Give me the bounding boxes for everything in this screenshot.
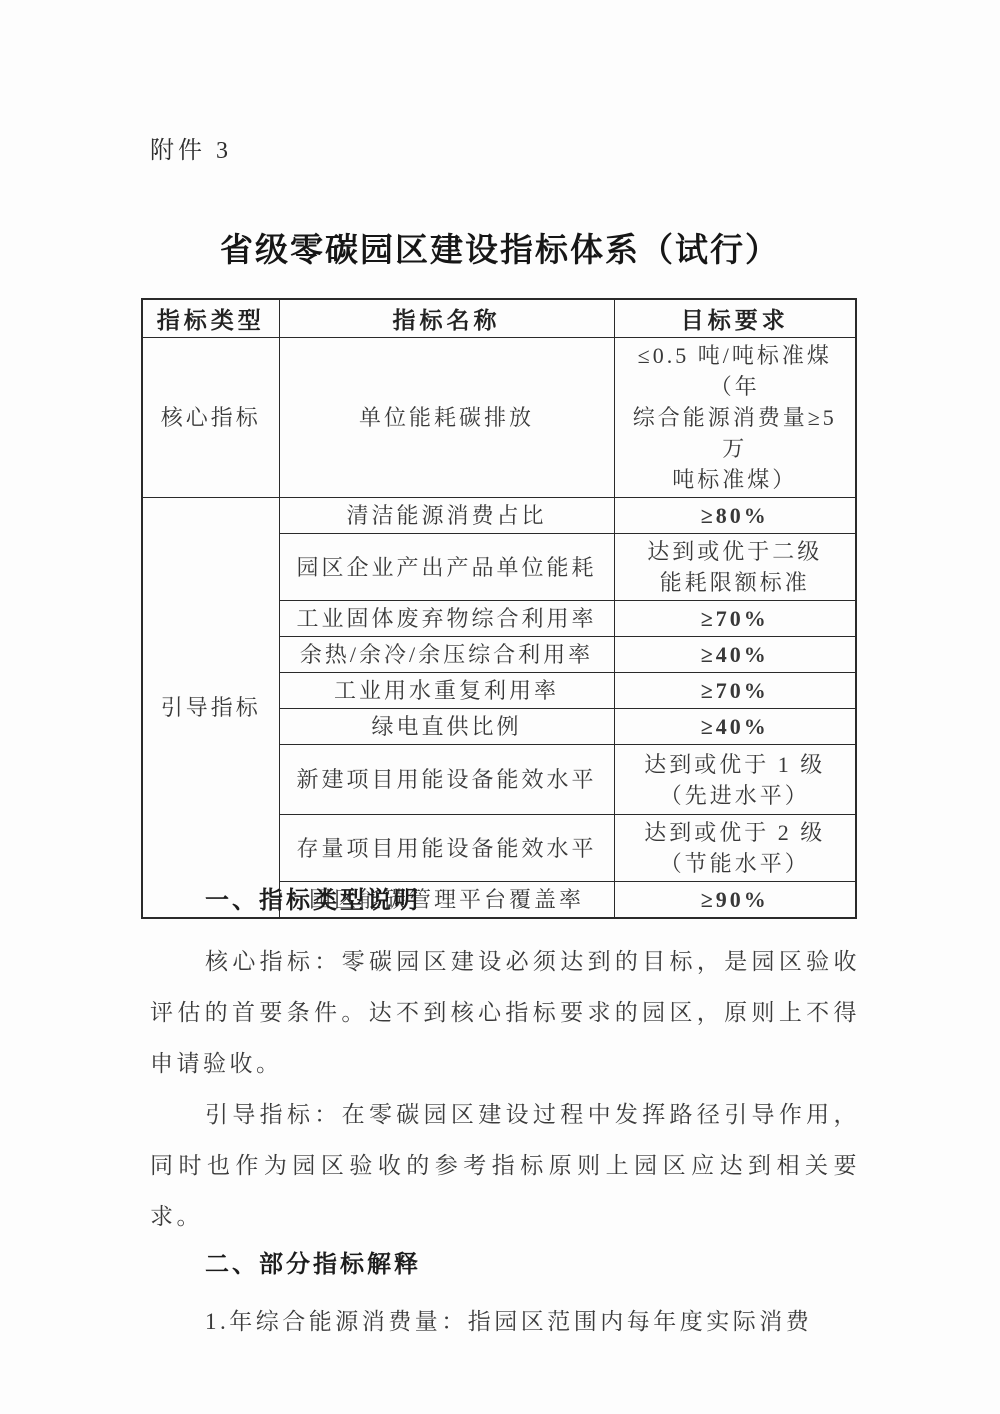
paragraph-core-indicator: 核心指标：零碳园区建设必须达到的目标，是园区验收评估的首要条件。达不到核心指标要…	[150, 936, 860, 1089]
indicator-name: 绿电直供比例	[279, 709, 614, 745]
indicator-name: 清洁能源消费占比	[279, 498, 614, 534]
type-cell-core: 核心指标	[142, 338, 279, 498]
paragraph-annual-energy-consumption: 1.年综合能源消费量：指园区范围内每年度实际消费	[150, 1296, 860, 1347]
type-cell-guide: 引导指标	[142, 498, 279, 919]
column-header-name: 指标名称	[279, 299, 614, 338]
page-title: 省级零碳园区建设指标体系（试行）	[0, 224, 1000, 271]
indicator-target: ≤0.5 吨/吨标准煤（年 综合能源消费量≥5 万 吨标准煤）	[614, 338, 856, 498]
indicator-target: 达到或优于 2 级 （节能水平）	[614, 815, 856, 882]
indicator-name: 工业固体废弃物综合利用率	[279, 601, 614, 637]
indicator-target: ≥80%	[614, 498, 856, 534]
table-row: 引导指标 清洁能源消费占比 ≥80%	[142, 498, 856, 534]
section-heading-indicator-explanations: 二、部分指标解释	[150, 1248, 860, 1282]
column-header-type: 指标类型	[142, 299, 279, 338]
indicator-target: ≥40%	[614, 637, 856, 673]
attachment-label: 附件 3	[150, 130, 232, 165]
indicator-target: 达到或优于 1 级 （先进水平）	[614, 745, 856, 815]
table-row: 核心指标 单位能耗碳排放 ≤0.5 吨/吨标准煤（年 综合能源消费量≥5 万 吨…	[142, 338, 856, 498]
indicator-target: ≥70%	[614, 601, 856, 637]
indicator-name: 单位能耗碳排放	[279, 338, 614, 498]
document-page: 附件 3 省级零碳园区建设指标体系（试行） 指标类型 指标名称 目标要求 核心指…	[0, 0, 1000, 1414]
indicator-name: 新建项目用能设备能效水平	[279, 745, 614, 815]
column-header-target: 目标要求	[614, 299, 856, 338]
indicator-name: 余热/余冷/余压综合利用率	[279, 637, 614, 673]
paragraph-guide-indicator: 引导指标：在零碳园区建设过程中发挥路径引导作用，同时也作为园区验收的参考指标原则…	[150, 1089, 860, 1242]
indicator-target: 达到或优于二级 能耗限额标准	[614, 534, 856, 601]
indicator-target: ≥40%	[614, 709, 856, 745]
table-header-row: 指标类型 指标名称 目标要求	[142, 299, 856, 338]
indicator-name: 存量项目用能设备能效水平	[279, 815, 614, 882]
indicator-name: 工业用水重复利用率	[279, 673, 614, 709]
indicator-target: ≥70%	[614, 673, 856, 709]
body-text: 一、指标类型说明 核心指标：零碳园区建设必须达到的目标，是园区验收评估的首要条件…	[150, 884, 860, 1347]
section-heading-indicator-types: 一、指标类型说明	[150, 884, 860, 918]
indicator-name: 园区企业产出产品单位能耗	[279, 534, 614, 601]
indicators-table: 指标类型 指标名称 目标要求 核心指标 单位能耗碳排放 ≤0.5 吨/吨标准煤（…	[141, 298, 857, 919]
